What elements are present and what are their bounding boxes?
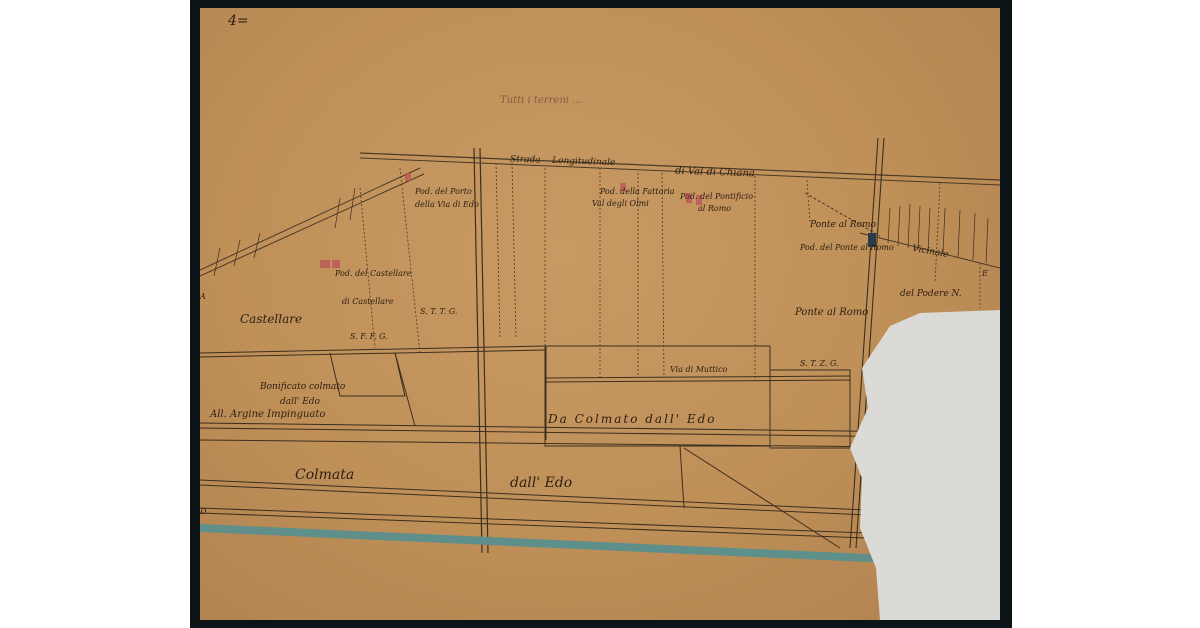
parcel-sub-pod-ponte-roma: Ponte al Romo	[795, 308, 868, 318]
parcel-sub-colmata-1: dall' Edo	[280, 398, 320, 407]
parcel-label-ponte-romo: Ponte al Romo	[810, 221, 876, 230]
corner-letter-d: D	[200, 508, 206, 516]
header-note: Tutti i terreni ...	[500, 96, 582, 106]
corner-letter-e: E	[982, 270, 988, 278]
parcel-label-argine: All. Argine Impinguato	[210, 410, 325, 420]
parcel-label-podere-n: del Podere N.	[900, 290, 962, 299]
parcel-sub-pod-pontificio: al Romo	[698, 205, 731, 213]
parcel-label-castellare: Castellare	[240, 313, 302, 325]
parcel-label-pod-pontificio: Pod. del Pontificio	[680, 193, 753, 201]
sheet-number: 4=	[228, 14, 249, 28]
parcel-label-pod-porto: Pod. del Porto	[415, 188, 472, 196]
parcel-label-pod-castellare: Pod. del Castellare	[335, 270, 411, 278]
note-via-muttico: Via di Muttico	[670, 366, 727, 374]
note-sttg: S. T. T. G.	[420, 308, 457, 316]
road-label-strada: Strada	[510, 155, 541, 165]
parcel-label-colmata-1: Bonificato colmato	[260, 383, 345, 392]
map-linework	[200, 8, 1000, 620]
parcel-label-colmata-3: Colmata	[295, 468, 354, 482]
map-sheet: 4= Tutti i terreni ... Strada Longitudin…	[200, 8, 1000, 620]
parcel-label-colmata-2: Da Colmato dall' Edo	[548, 413, 717, 425]
note-sffg: S. F. F. G.	[350, 333, 388, 341]
parcel-sub-pod-castellare: di Castellare	[342, 298, 394, 306]
parcel-sub-pod-porto: della Via di Edo	[415, 201, 479, 209]
parcel-sub-colmata-3: dall' Edo	[510, 476, 572, 490]
parcel-label-pod-fattoria: Pod. della Fattoria	[600, 188, 675, 196]
corner-letter-a: A	[200, 293, 206, 301]
parcel-label-pod-ponte-roma: Pod. del Ponte al Romo	[800, 244, 894, 252]
parcel-sub-pod-fattoria: Val degli Olmi	[592, 200, 649, 208]
note-stzg: S. T. Z. G.	[800, 360, 839, 368]
